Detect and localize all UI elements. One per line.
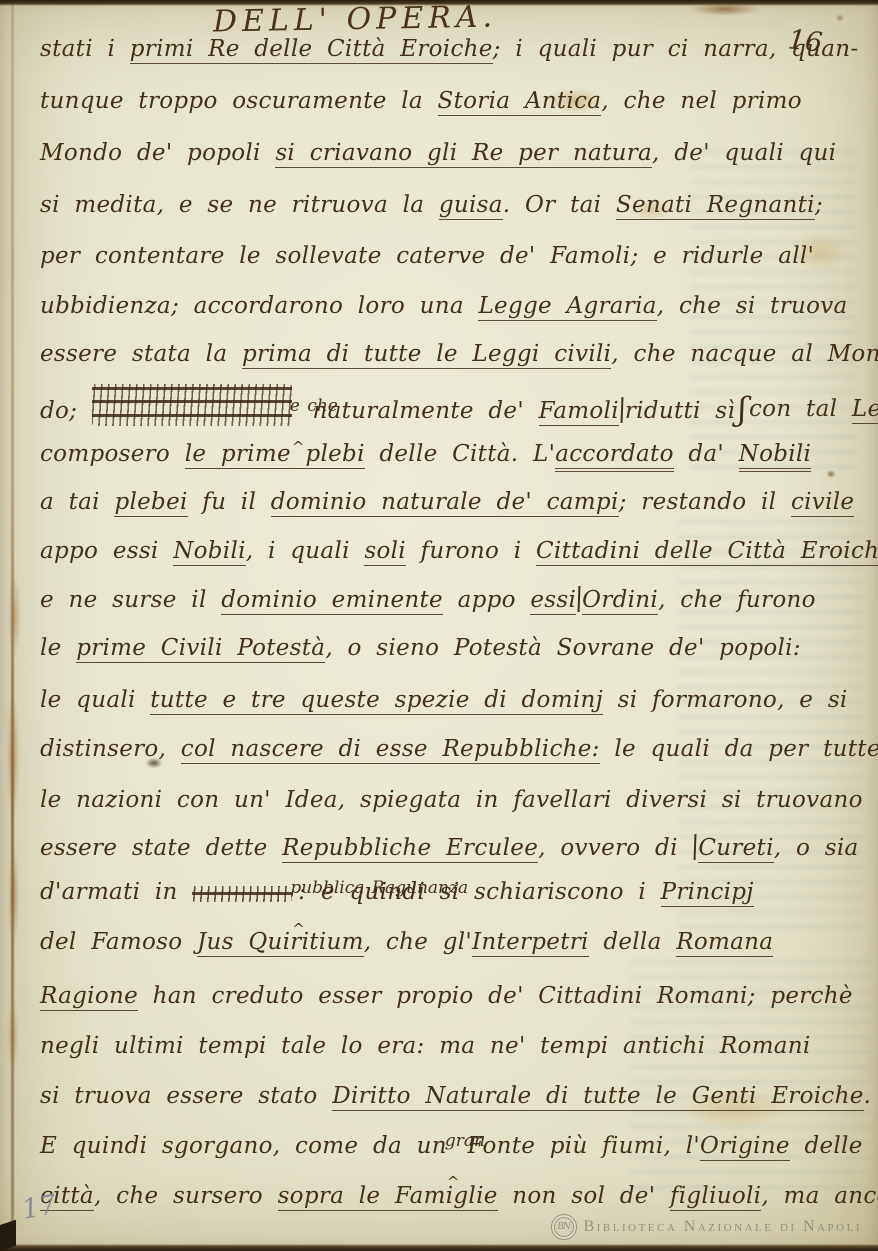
page-corner-shadow (0, 1220, 16, 1251)
underlined-phrase: Famoli (539, 398, 619, 426)
text-segment: tunque troppo oscuramente la (40, 88, 438, 114)
text-segment: ridutti sì (625, 398, 735, 424)
manuscript-line: distinsero, col nascere di esse Repubbli… (40, 736, 848, 766)
manuscript-line: appo essi Nobili, i quali soli furono i … (40, 538, 848, 568)
underlined-phrase: sopra le Famiglie (278, 1183, 498, 1211)
text-segment: d'armati in (40, 879, 192, 905)
text-segment: , ovvero di (538, 835, 692, 861)
underlined-phrase: Diritto Naturale di tutte le Genti Eroic… (332, 1083, 863, 1111)
manuscript-line: si medita, e se ne ritruova la guisa. Or… (40, 192, 848, 222)
text-segment: per contentare le sollevate caterve de' … (40, 243, 814, 269)
page-top-edge (0, 0, 878, 6)
underlined-phrase: prima di tutte le Leggi civili (242, 341, 611, 369)
underlined-phrase: Interpetri (472, 929, 589, 957)
underlined-phrase: soli (364, 538, 406, 566)
underlined-phrase: Repubbliche Erculee (282, 835, 538, 863)
manuscript-line: le quali tutte e tre queste spezie di do… (40, 687, 848, 717)
library-monogram: BN (557, 1222, 570, 1232)
cancelled-text: pubblica Ragunanza^ (192, 880, 298, 906)
text-segment: , che gl' (364, 929, 472, 955)
text-segment: , che nel primo (601, 88, 802, 114)
paper-stain (836, 14, 844, 22)
text-segment: distinsero, (40, 736, 181, 762)
text-segment: negli ultimi tempi tale lo era: ma ne' t… (40, 1033, 811, 1059)
text-segment: , de' quali qui (652, 140, 836, 166)
underlined-phrase: Storia Antica (438, 88, 602, 116)
margin-note: ʃcon tal Legge (738, 390, 878, 428)
underlined-phrase: civile (791, 489, 854, 517)
manuscript-line: a tai plebei fu il dominio naturale de' … (40, 489, 848, 519)
text-segment: fu il (188, 489, 271, 515)
text-segment: ; (815, 192, 823, 218)
text-segment: composero (40, 441, 185, 467)
underlined-phrase: Senati Regnanti (616, 192, 815, 220)
underlined-phrase: primi Re delle Città Eroiche (130, 36, 493, 64)
text-segment: ; i quali pur ci narra, quan- (493, 36, 859, 62)
text-segment: han creduto esser propio de' Cittadini R… (138, 983, 853, 1009)
text-segment: le quali (40, 687, 150, 713)
underlined-phrase: si criavano gli Re per natura (275, 140, 652, 168)
underlined-phrase: dominio eminente (221, 587, 443, 615)
manuscript-line: le nazioni con un' Idea, spiegata in fav… (40, 787, 848, 817)
library-watermark: BN Biblioteca Nazionale di Napoli (551, 1214, 862, 1240)
manuscript-line: le prime Civili Potestà, o sieno Potestà… (40, 635, 848, 665)
page-bottom-edge (0, 1244, 878, 1251)
text-segment: da' (674, 441, 739, 467)
text-segment: si formarono, e si (603, 687, 848, 713)
manuscript-line: Ragione han creduto esser propio de' Cit… (40, 983, 848, 1013)
underlined-phrase: accordato (555, 441, 674, 472)
library-watermark-label: Biblioteca Nazionale di Napoli (584, 1218, 862, 1236)
text-segment: ʃ (738, 390, 747, 428)
underlined-phrase: Ragione (40, 983, 138, 1011)
underlined-phrase: essi (530, 587, 576, 615)
manuscript-line: stati i primi Re delle Città Eroiche; i … (40, 36, 848, 66)
text-segment: si medita, e se ne ritruova la (40, 192, 439, 218)
manuscript-line: per contentare le sollevate caterve de' … (40, 243, 848, 273)
underlined-phrase: Origine (700, 1133, 790, 1161)
underlined-phrase: Legge Agraria (478, 293, 656, 321)
underlined-phrase: Romana (676, 929, 773, 957)
text-segment: le quali da per tutte (600, 736, 878, 762)
cancelled-text (92, 392, 292, 432)
manuscript-line: del Famoso Jus Quiritium, che gl'Interpe… (40, 929, 848, 959)
text-segment: stati i (40, 36, 130, 62)
text-segment: . Or tai (503, 192, 616, 218)
text-segment: Fonte più fiumi, l' (453, 1133, 700, 1159)
manuscript-page: DELL' OPERA. 16 stati i primi Re delle C… (0, 0, 878, 1251)
text-segment: . (864, 1083, 872, 1109)
text-segment: , o sieno Potestà Sovrane de' popoli: (325, 635, 801, 661)
text-segment: furono i (406, 538, 536, 564)
insertion-bar (578, 586, 581, 612)
text-segment: ; restando il (619, 489, 791, 515)
text-segment: , ma anco (761, 1183, 878, 1209)
manuscript-line: ubbidienza; accordarono loro una Legge A… (40, 293, 848, 323)
text-segment: do; (40, 398, 92, 424)
text-segment: appo (443, 587, 530, 613)
text-segment: e ne surse il (40, 587, 221, 613)
underlined-phrase: Principj (661, 879, 754, 907)
underlined-phrase: Nobili (739, 441, 812, 472)
text-segment: , che sursero (94, 1183, 278, 1209)
manuscript-line: do; e che^ naturalmente de' Famoliridutt… (40, 392, 848, 422)
manuscript-line: Mondo de' popoli si criavano gli Re per … (40, 140, 848, 170)
pencil-foliation-number: 17 (20, 1189, 59, 1225)
text-segment: della (589, 929, 676, 955)
binding-stain (4, 560, 22, 1120)
text-segment: appo essi (40, 538, 173, 564)
text-segment: , che furono (658, 587, 816, 613)
manuscript-line: città, che sursero sopra le Famiglie non… (40, 1183, 848, 1213)
manuscript-line: si truova essere stato Diritto Naturale … (40, 1083, 848, 1113)
underlined-phrase: tutte e tre queste spezie di dominj (150, 687, 603, 715)
text-segment: ubbidienza; accordarono loro una (40, 293, 478, 319)
text-segment: delle Città. L' (365, 441, 555, 467)
underlined-phrase: guisa (439, 192, 503, 220)
underlined-phrase: Ordini (582, 587, 658, 615)
underlined-phrase: col nascere di esse Repubbliche: (181, 736, 600, 764)
manuscript-line: E quindi sgorgano, come da ungran^ Fonte… (40, 1133, 848, 1163)
manuscript-line: negli ultimi tempi tale lo era: ma ne' t… (40, 1033, 848, 1063)
manuscript-line: essere stata la prima di tutte le Leggi … (40, 341, 848, 371)
underlined-phrase: Legge (852, 396, 878, 424)
underlined-phrase: Jus Quiritium (197, 929, 364, 957)
text-segment: si truova essere stato (40, 1083, 332, 1109)
text-segment: essere state dette (40, 835, 282, 861)
text-segment: a tai (40, 489, 114, 515)
text-segment: essere stata la (40, 341, 242, 367)
verso-showthrough (678, 520, 863, 940)
text-segment: , che nacque al Mon- (611, 341, 878, 367)
text-segment: , che si truova (657, 293, 848, 319)
underlined-phrase: Nobili (173, 538, 246, 566)
insertion-bar (694, 834, 697, 860)
text-segment: non sol de' (498, 1183, 670, 1209)
page-header-title: DELL' OPERA. (120, 0, 591, 41)
underlined-phrase: dominio naturale de' campi (271, 489, 619, 517)
insertion-bar (620, 397, 623, 423)
manuscript-line: e ne surse il dominio eminente appo essi… (40, 586, 848, 616)
text-segment: le nazioni con un' Idea, spiegata in fav… (40, 787, 863, 813)
underlined-phrase: Cittadini delle Città Eroiche (536, 538, 878, 566)
underlined-phrase: plebei (114, 489, 187, 517)
text-segment: le (40, 635, 76, 661)
manuscript-line: essere state dette Repubbliche Erculee, … (40, 834, 848, 864)
text-segment: , i quali (246, 538, 365, 564)
text-segment: , o sia (774, 835, 859, 861)
manuscript-line: tunque troppo oscuramente la Storia Anti… (40, 88, 848, 118)
text-segment: delle (790, 1133, 863, 1159)
underlined-phrase: prime Civili Potestà (76, 635, 325, 663)
text-segment: E quindi sgorgano, come da un (40, 1133, 447, 1159)
manuscript-line: composero le prime plebi delle Città. L'… (40, 441, 848, 471)
manuscript-line: d'armati in pubblica Ragunanza^: e quind… (40, 879, 848, 909)
text-segment: del Famoso (40, 929, 197, 955)
underlined-phrase: figliuoli (670, 1183, 761, 1211)
library-logo-icon: BN (551, 1214, 577, 1240)
underlined-phrase: Cureti (698, 835, 773, 863)
text-segment: con tal (749, 396, 852, 422)
underlined-phrase: le prime plebi (185, 441, 365, 469)
text-segment: Mondo de' popoli (40, 140, 275, 166)
